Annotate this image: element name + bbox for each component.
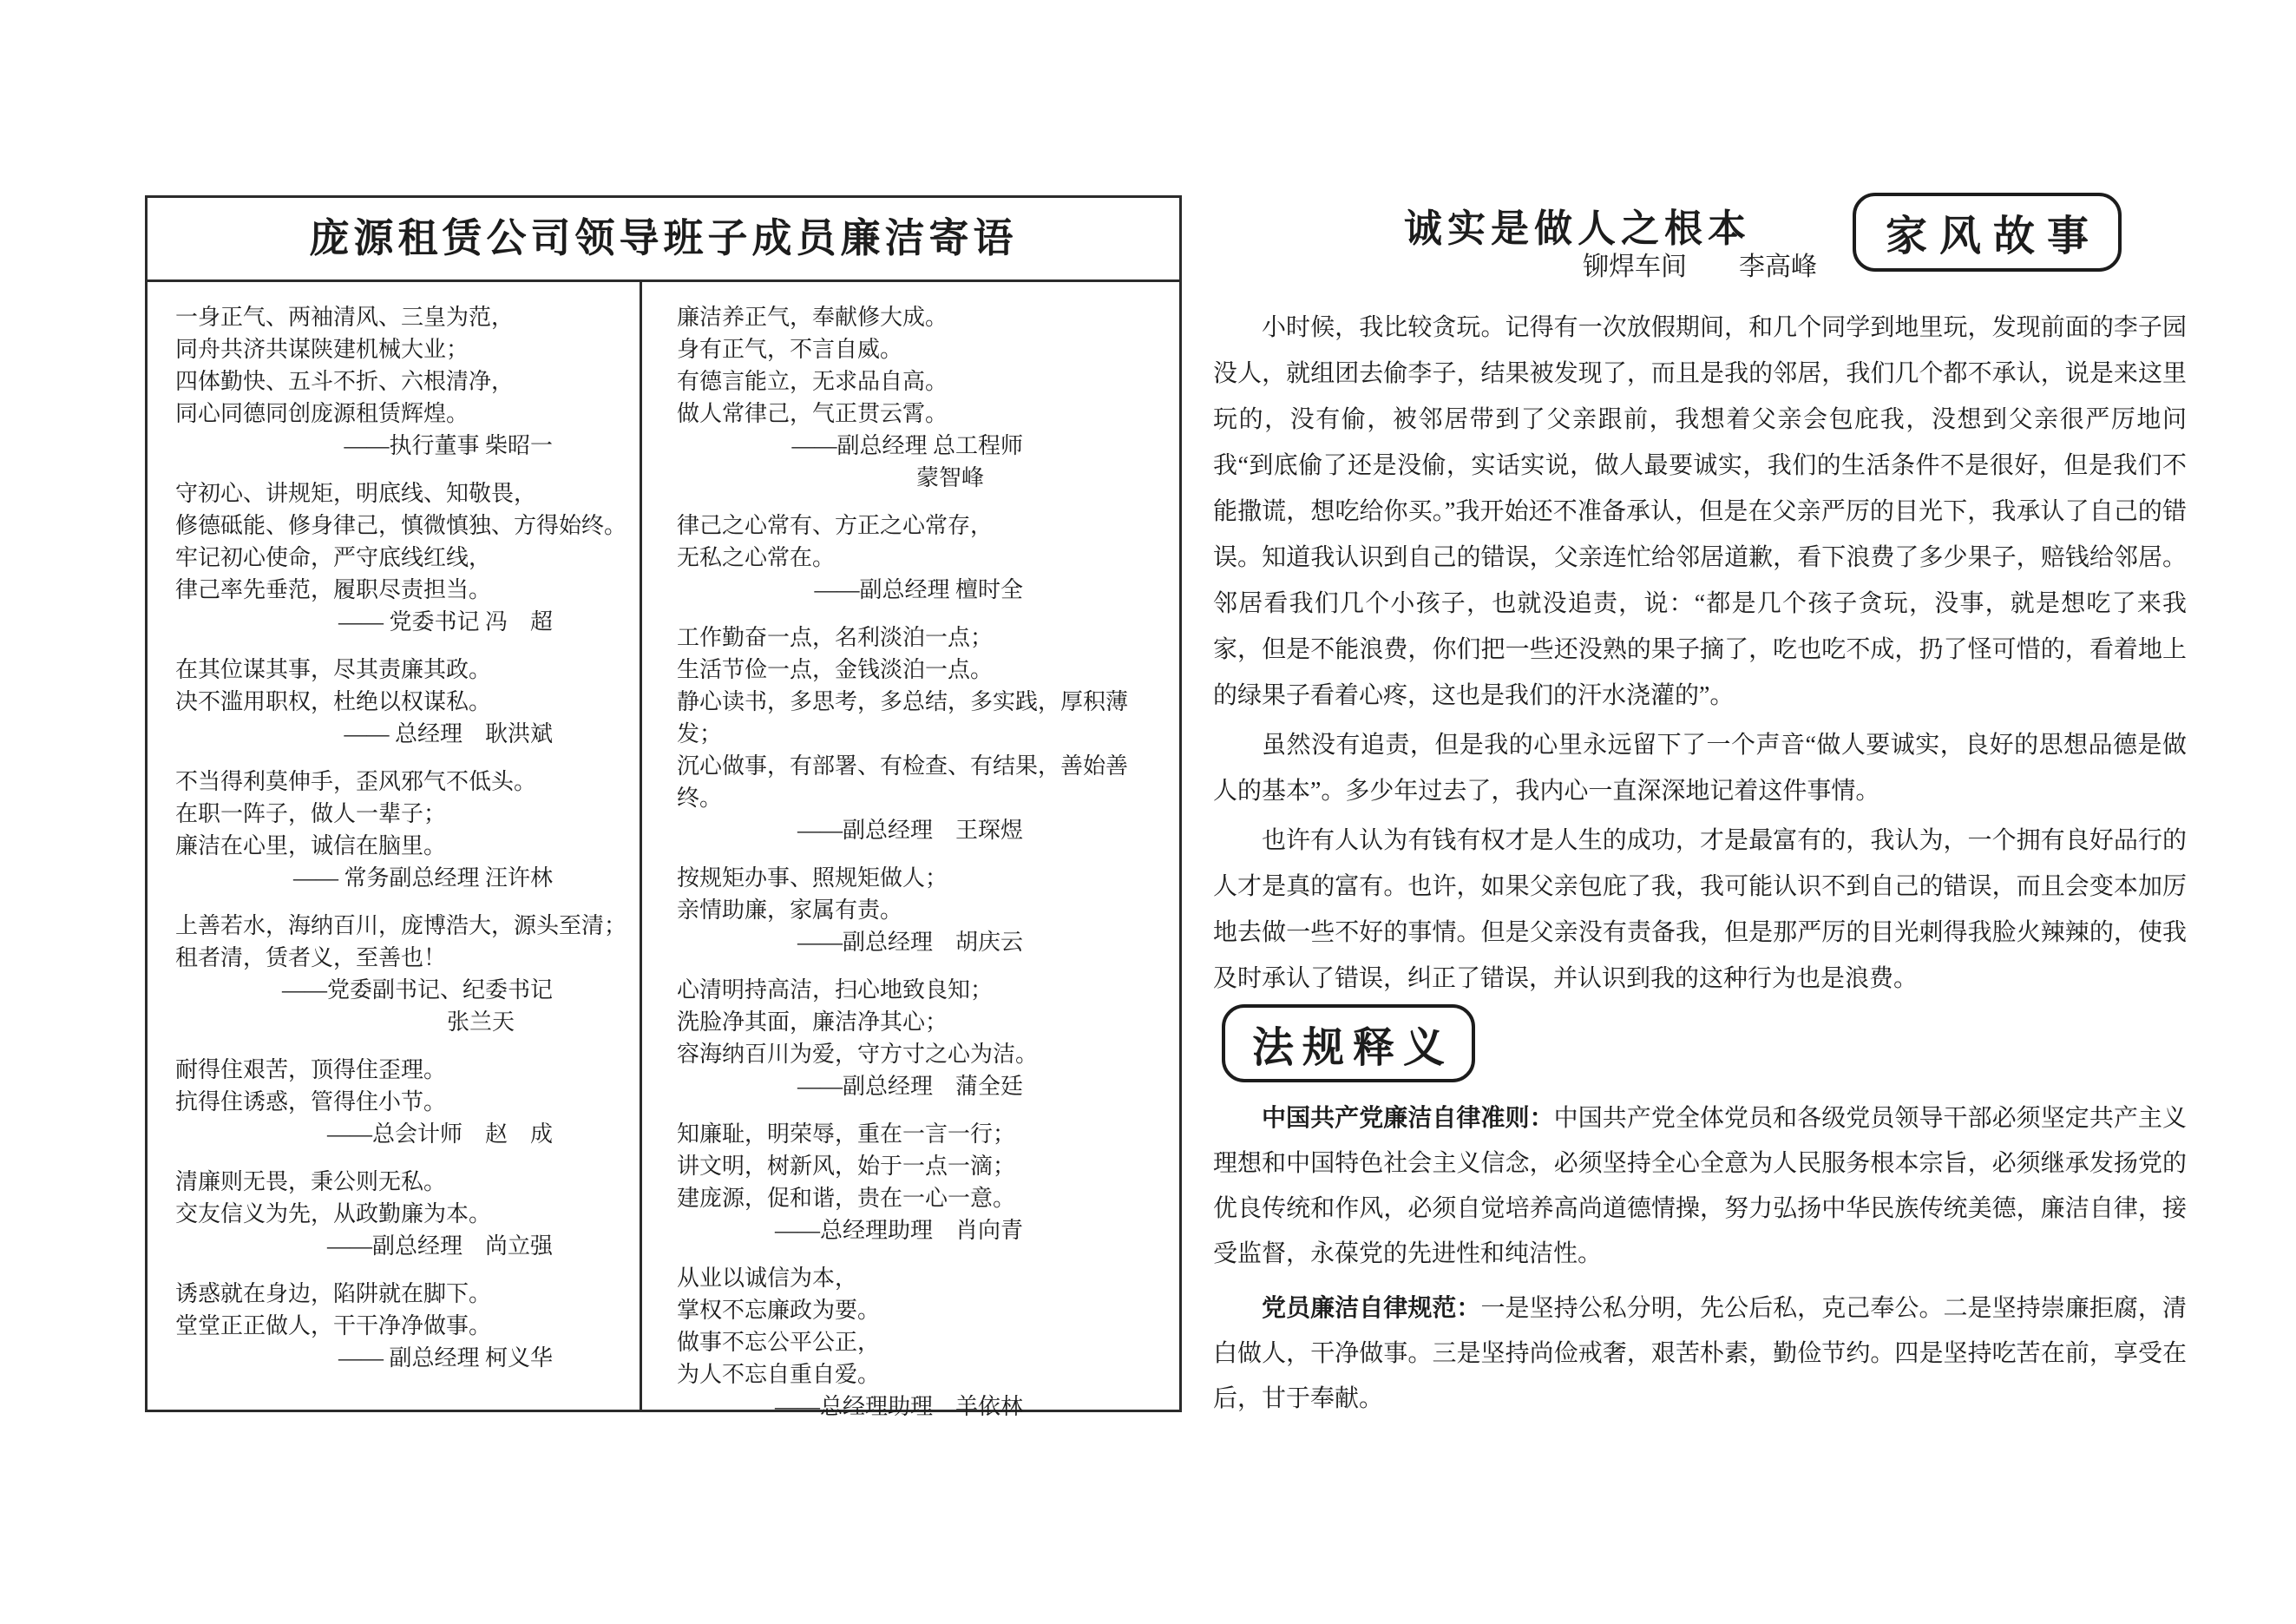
pledge-attribution: ——党委副书记、纪委书记 <box>175 974 633 1006</box>
pledge-line: 廉洁养正气，奉献修大成。 <box>677 301 1171 333</box>
pledge-attribution: ——执行董事 柴昭一 <box>175 430 633 462</box>
pledge-line: 在职一阵子，做人一辈子； <box>175 798 633 830</box>
pledge-line: 沉心做事，有部署、有检查、有结果，善始善终。 <box>677 750 1171 814</box>
pledge-line: 做事不忘公平公正， <box>677 1326 1171 1358</box>
pledge-line: 无私之心常在。 <box>677 542 1171 574</box>
pledge-block: 按规矩办事、照规矩做人；亲情助廉，家属有责。——副总经理 胡庆云 <box>677 862 1171 958</box>
pledge-block: 清廉则无畏，秉公则无私。交友信义为先，从政勤廉为本。——副总经理 尚立强 <box>175 1166 633 1262</box>
pledge-line: 决不滥用职权，杜绝以权谋私。 <box>175 686 633 718</box>
pledge-line: 身有正气，不言自威。 <box>677 333 1171 365</box>
pledge-block: 一身正气、两袖清风、三皇为范，同舟共济共谋陕建机械大业；四体勤快、五斗不折、六根… <box>175 301 633 462</box>
pledge-attribution: ——副总经理 总工程师 <box>677 430 1171 462</box>
pledge-line: 从业以诚信为本， <box>677 1262 1171 1294</box>
pledge-line: 四体勤快、五斗不折、六根清净， <box>175 365 633 398</box>
pledge-line: 律己之心常有、方正之心常存， <box>677 510 1171 542</box>
pledge-line: 耐得住艰苦，顶得住歪理。 <box>175 1054 633 1086</box>
pledge-line: 抗得住诱惑，管得住小节。 <box>175 1086 633 1118</box>
pledge-attribution: ——副总经理 胡庆云 <box>677 926 1171 958</box>
pledge-panel-title: 庞源租赁公司领导班子成员廉洁寄语 <box>148 198 1179 282</box>
pledge-line: 亲情助廉，家属有责。 <box>677 894 1171 926</box>
article-paragraph: 也许有人认为有钱有权才是人生的成功，才是最富有的，我认为，一个拥有良好品行的人才… <box>1213 818 2187 1002</box>
pledge-line: 静心读书，多思考，多总结，多实践，厚积薄发； <box>677 686 1171 750</box>
pledge-attribution: —— 总经理 耿洪斌 <box>175 718 633 750</box>
pledge-attribution: ——副总经理 檀时全 <box>677 574 1171 606</box>
regulation-lead: 中国共产党廉洁自律准则： <box>1262 1104 1554 1131</box>
pledge-line: 为人不忘自重自爱。 <box>677 1358 1171 1391</box>
pledge-line: 上善若水，海纳百川，庞博浩大，源头至清； <box>175 910 633 942</box>
pledge-attribution: ——总会计师 赵 成 <box>175 1118 633 1150</box>
article-paragraph: 小时候，我比较贪玩。记得有一次放假期间，和几个同学到地里玩，发现前面的李子园没人… <box>1213 305 2187 719</box>
pledge-attribution: ——总经理助理 肖向青 <box>677 1214 1171 1246</box>
pledge-block: 上善若水，海纳百川，庞博浩大，源头至清；租者清，赁者义，至善也！——党委副书记、… <box>175 910 633 1038</box>
regulations-badge: 法规释义 <box>1222 1004 1475 1082</box>
pledge-line: 交友信义为先，从政勤廉为本。 <box>175 1198 633 1230</box>
pledge-attribution: —— 副总经理 柯义华 <box>175 1342 633 1374</box>
pledge-line: 守初心、讲规矩，明底线、知敬畏， <box>175 477 633 510</box>
newsletter-page: 庞源租赁公司领导班子成员廉洁寄语 一身正气、两袖清风、三皇为范，同舟共济共谋陕建… <box>0 0 2296 1624</box>
pledge-block: 律己之心常有、方正之心常存，无私之心常在。——副总经理 檀时全 <box>677 510 1171 606</box>
pledge-block: 守初心、讲规矩，明底线、知敬畏，修德砥能、修身律己，慎微慎独、方得始终。牢记初心… <box>175 477 633 638</box>
pledge-line: 洗脸净其面，廉洁净其心； <box>677 1006 1171 1038</box>
pledge-line: 知廉耻，明荣辱，重在一言一行； <box>677 1118 1171 1150</box>
pledge-block: 心清明持高洁，扫心地致良知；洗脸净其面，廉洁净其心；容海纳百川为爱，守方寸之心为… <box>677 974 1171 1102</box>
pledge-line: 廉洁在心里，诚信在脑里。 <box>175 830 633 862</box>
pledge-block: 不当得利莫伸手，歪风邪气不低头。在职一阵子，做人一辈子；廉洁在心里，诚信在脑里。… <box>175 766 633 894</box>
pledge-block: 知廉耻，明荣辱，重在一言一行；讲文明，树新风，始于一点一滴；建庞源，促和谐，贵在… <box>677 1118 1171 1246</box>
article-panel: 诚实是做人之根本 家风故事 铆焊车间 李高峰 小时候，我比较贪玩。记得有一次放假… <box>1213 0 2187 1624</box>
article-byline: 铆焊车间 李高峰 <box>1213 245 2187 283</box>
pledge-line: 诱惑就在身边，陷阱就在脚下。 <box>175 1278 633 1310</box>
pledge-attribution: ——总经理助理 羊依林 <box>677 1391 1171 1423</box>
regulation-item: 党员廉洁自律规范：一是坚持公私分明，先公后私，克己奉公。二是坚持崇廉拒腐，清白做… <box>1213 1285 2187 1422</box>
pledge-line: 同心同德同创庞源租赁辉煌。 <box>175 398 633 430</box>
regulations-body: 中国共产党廉洁自律准则：中国共产党全体党员和各级党员领导干部必须坚定共产主义理想… <box>1213 1095 2187 1430</box>
pledge-block: 耐得住艰苦，顶得住歪理。抗得住诱惑，管得住小节。——总会计师 赵 成 <box>175 1054 633 1150</box>
pledge-line: 有德言能立，无求品自高。 <box>677 365 1171 398</box>
pledge-line: 在其位谋其事，尽其责廉其政。 <box>175 654 633 686</box>
pledge-line: 同舟共济共谋陕建机械大业； <box>175 333 633 365</box>
pledge-attribution: 张兰天 <box>175 1006 633 1038</box>
pledge-panel-body: 一身正气、两袖清风、三皇为范，同舟共济共谋陕建机械大业；四体勤快、五斗不折、六根… <box>148 282 1179 1410</box>
pledge-line: 清廉则无畏，秉公则无私。 <box>175 1166 633 1198</box>
pledge-line: 容海纳百川为爱，守方寸之心为洁。 <box>677 1038 1171 1070</box>
pledge-attribution: ——副总经理 蒲全廷 <box>677 1070 1171 1102</box>
pledge-block: 廉洁养正气，奉献修大成。身有正气，不言自威。有德言能立，无求品自高。做人常律己，… <box>677 301 1171 494</box>
pledge-line: 心清明持高洁，扫心地致良知； <box>677 974 1171 1006</box>
pledge-block: 诱惑就在身边，陷阱就在脚下。堂堂正正做人，干干净净做事。—— 副总经理 柯义华 <box>175 1278 633 1374</box>
pledge-line: 修德砥能、修身律己，慎微慎独、方得始终。 <box>175 510 633 542</box>
pledge-attribution: —— 党委书记 冯 超 <box>175 606 633 638</box>
pledge-attribution: —— 常务副总经理 汪许林 <box>175 862 633 894</box>
pledge-block: 从业以诚信为本，掌权不忘廉政为要。做事不忘公平公正，为人不忘自重自爱。——总经理… <box>677 1262 1171 1423</box>
pledge-line: 建庞源，促和谐，贵在一心一意。 <box>677 1182 1171 1214</box>
pledge-line: 做人常律己，气正贯云霄。 <box>677 398 1171 430</box>
pledge-line: 牢记初心使命，严守底线红线， <box>175 542 633 574</box>
pledge-line: 不当得利莫伸手，歪风邪气不低头。 <box>175 766 633 798</box>
pledge-line: 讲文明，树新风，始于一点一滴； <box>677 1150 1171 1182</box>
pledge-column-left: 一身正气、两袖清风、三皇为范，同舟共济共谋陕建机械大业；四体勤快、五斗不折、六根… <box>148 282 642 1410</box>
pledge-attribution: ——副总经理 尚立强 <box>175 1230 633 1262</box>
pledge-block: 在其位谋其事，尽其责廉其政。决不滥用职权，杜绝以权谋私。—— 总经理 耿洪斌 <box>175 654 633 750</box>
pledge-line: 一身正气、两袖清风、三皇为范， <box>175 301 633 333</box>
pledge-attribution: ——副总经理 王琛煜 <box>677 814 1171 846</box>
article-body: 小时候，我比较贪玩。记得有一次放假期间，和几个同学到地里玩，发现前面的李子园没人… <box>1213 305 2187 1005</box>
pledge-line: 堂堂正正做人，干干净净做事。 <box>175 1310 633 1342</box>
pledge-column-right: 廉洁养正气，奉献修大成。身有正气，不言自威。有德言能立，无求品自高。做人常律己，… <box>642 282 1179 1410</box>
pledge-line: 按规矩办事、照规矩做人； <box>677 862 1171 894</box>
pledge-line: 掌权不忘廉政为要。 <box>677 1294 1171 1326</box>
pledge-line: 生活节俭一点，金钱淡泊一点。 <box>677 654 1171 686</box>
pledge-line: 租者清，赁者义，至善也！ <box>175 942 633 974</box>
pledge-line: 工作勤奋一点，名利淡泊一点； <box>677 621 1171 654</box>
pledge-block: 工作勤奋一点，名利淡泊一点；生活节俭一点，金钱淡泊一点。静心读书，多思考，多总结… <box>677 621 1171 846</box>
regulation-lead: 党员廉洁自律规范： <box>1262 1294 1480 1321</box>
pledge-attribution: 蒙智峰 <box>677 462 1171 494</box>
article-paragraph: 虽然没有追责，但是我的心里永远留下了一个声音“做人要诚实，良好的思想品德是做人的… <box>1213 722 2187 814</box>
regulation-item: 中国共产党廉洁自律准则：中国共产党全体党员和各级党员领导干部必须坚定共产主义理想… <box>1213 1095 2187 1277</box>
pledge-line: 律己率先垂范，履职尽责担当。 <box>175 574 633 606</box>
integrity-pledges-panel: 庞源租赁公司领导班子成员廉洁寄语 一身正气、两袖清风、三皇为范，同舟共济共谋陕建… <box>145 195 1182 1412</box>
